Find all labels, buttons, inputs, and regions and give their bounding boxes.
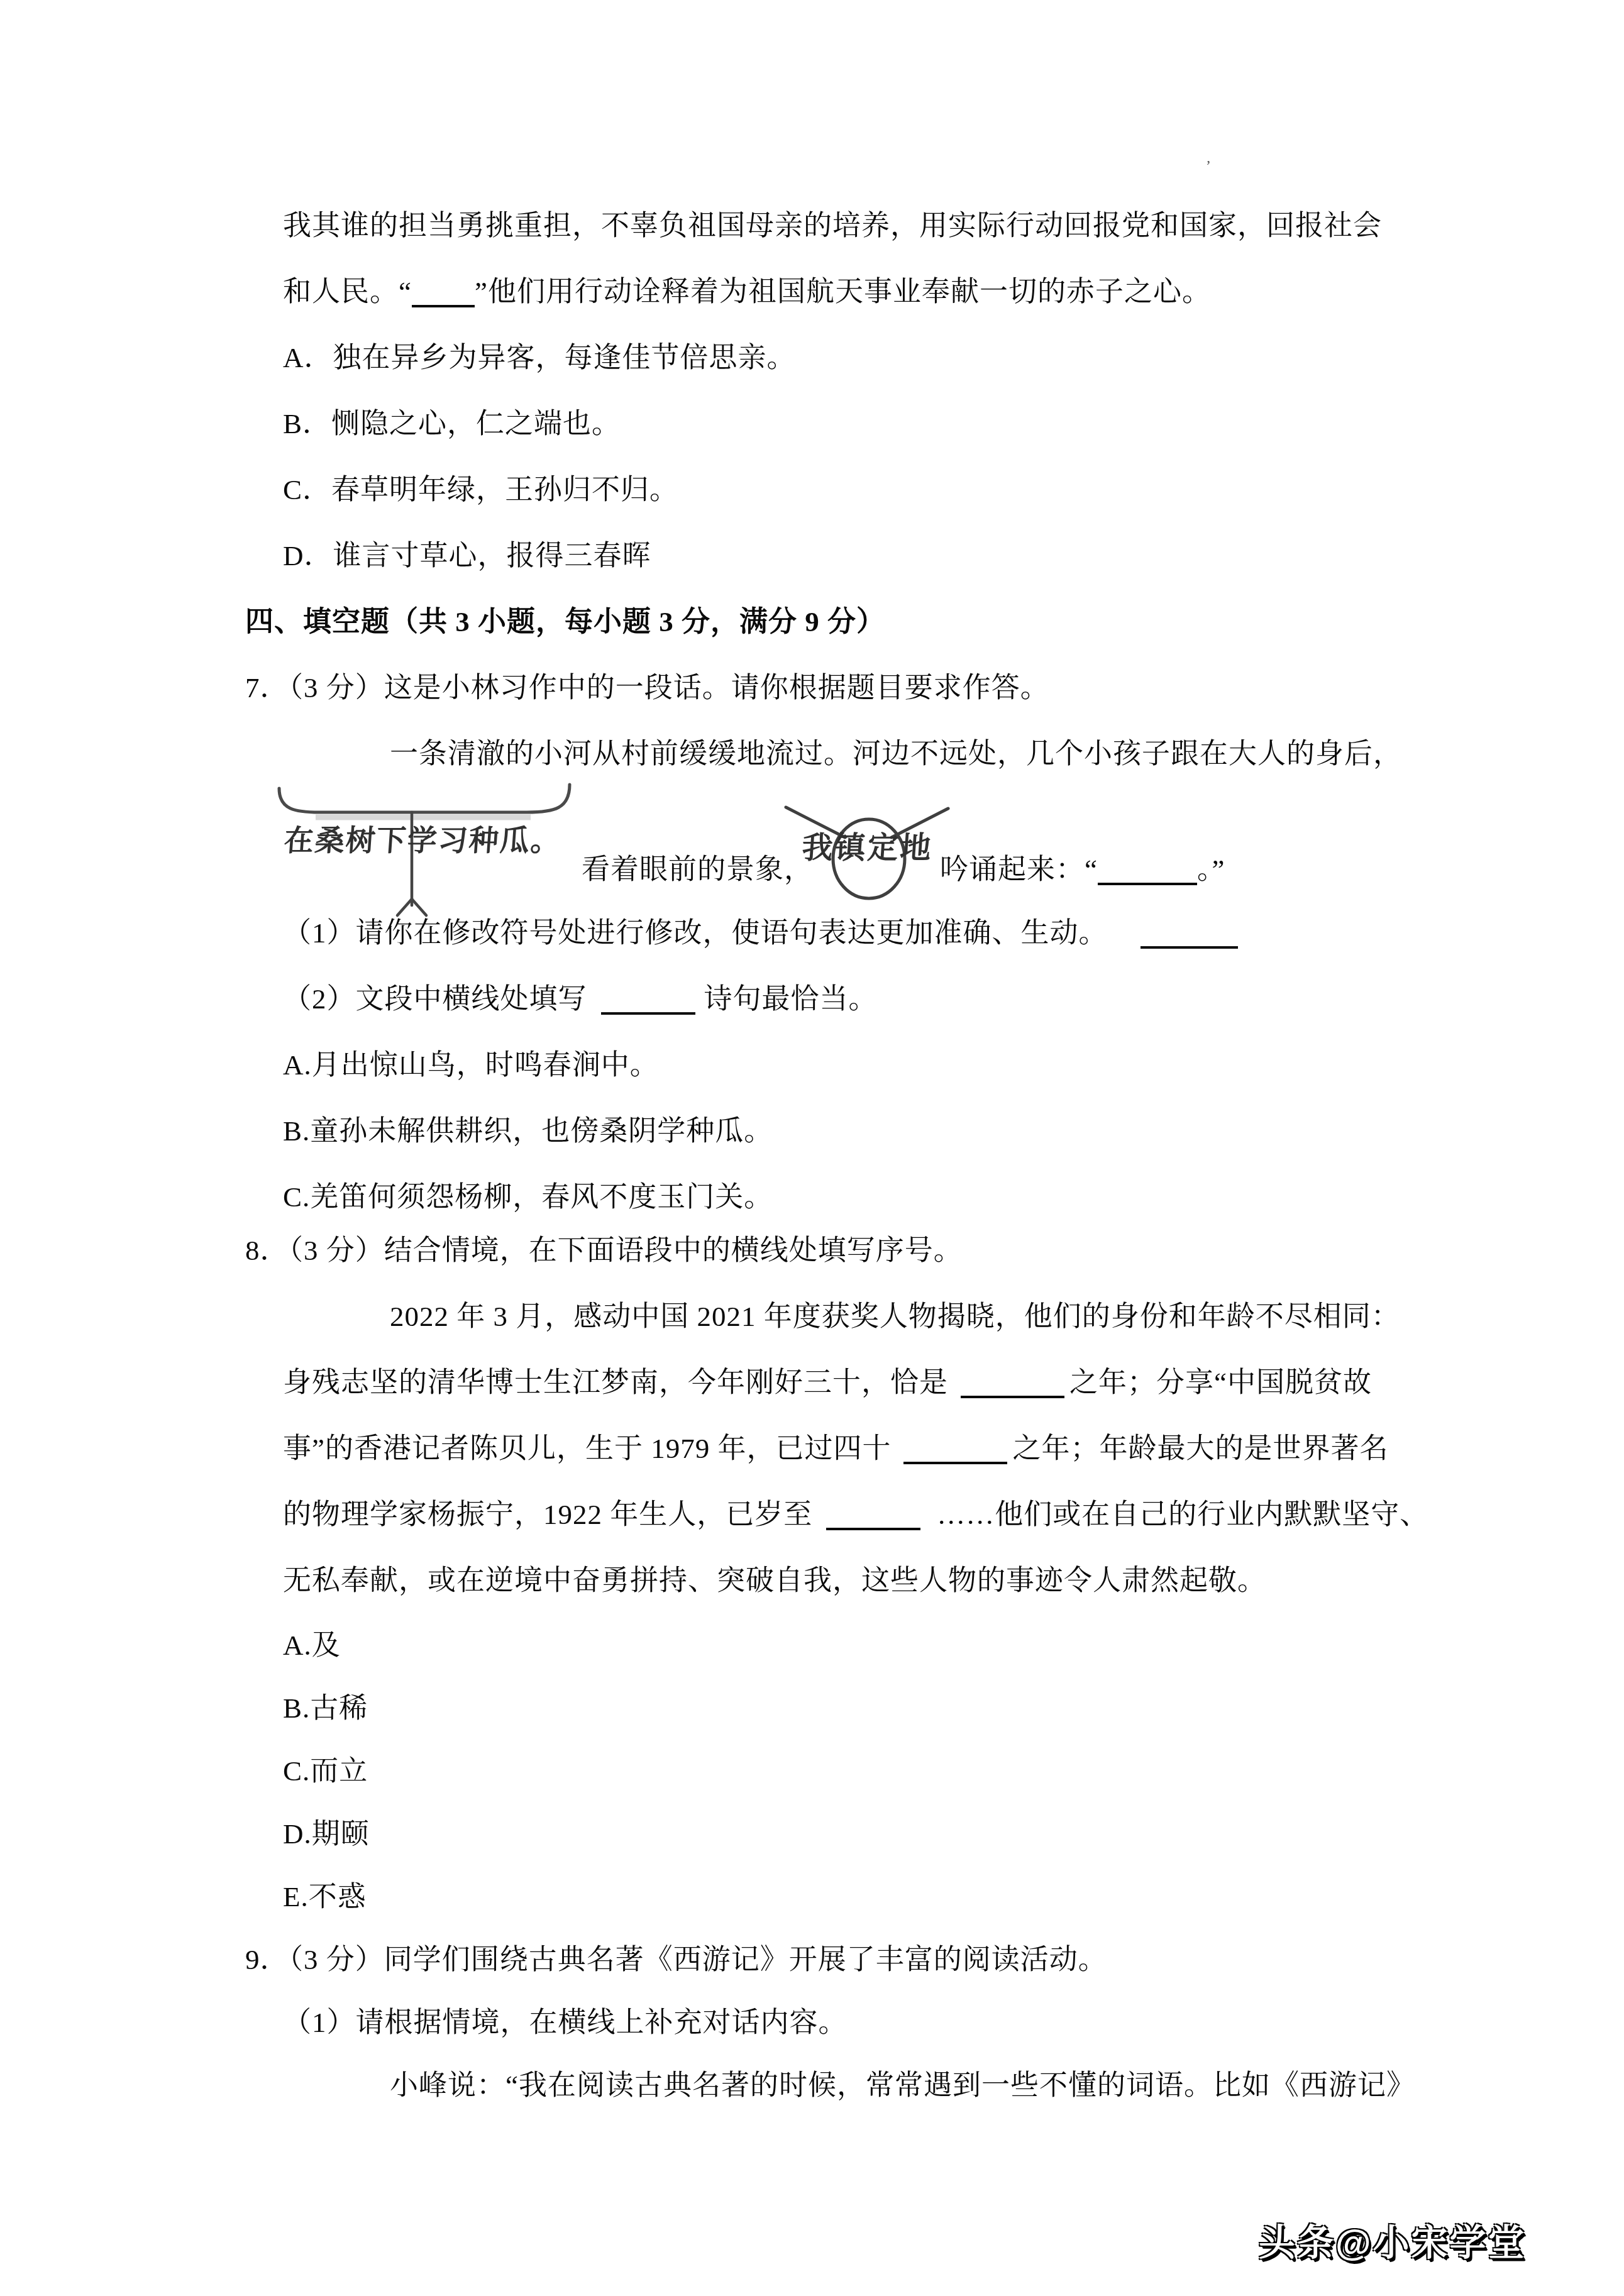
q8-option-a: A.及 bbox=[245, 1614, 1549, 1677]
q6-answer-blank bbox=[412, 279, 475, 307]
q6-option-c: C．春草明年绿，王孙归不归。 bbox=[245, 457, 1549, 523]
q8-answer-blank-1 bbox=[961, 1369, 1064, 1398]
q8-paragraph-line5: 无私奉献，或在逆境中奋勇拼持、突破自我，这些人物的事迹令人肃然起敬。 bbox=[245, 1548, 1549, 1614]
q7-printed-mid2-line: 吟诵起来：“。” bbox=[940, 850, 1225, 889]
q6-option-b: B．恻隐之心，仁之端也。 bbox=[245, 391, 1549, 457]
q8-option-b: B.古稀 bbox=[245, 1677, 1549, 1740]
q8-option-d: D.期颐 bbox=[245, 1802, 1549, 1865]
q6-option-a: A．独在异乡为异客，每逢佳节倍思亲。 bbox=[245, 325, 1549, 391]
q7-printed-mid2-end: 。” bbox=[1197, 854, 1225, 885]
q8-answer-blank-3 bbox=[826, 1501, 920, 1530]
q8-option-e: E.不惑 bbox=[245, 1865, 1549, 1928]
q9-paragraph-line1: 小峰说：“我在阅读古典名著的时候，常常遇到一些不懂的词语。比如《西游记》 bbox=[245, 2054, 1549, 2117]
q7-handwritten-phrase: 在桑树下学习种瓜。 bbox=[283, 817, 563, 859]
q8-paragraph-line1: 2022 年 3 月，感动中国 2021 年度获奖人物揭晓，他们的身份和年龄不尽… bbox=[245, 1284, 1549, 1350]
q7-printed-mid1: 看着眼前的景象， bbox=[582, 850, 813, 889]
section4-heading: 四、填空题（共 3 小题，每小题 3 分，满分 9 分） bbox=[245, 589, 1549, 655]
q8-stem: 8．（3 分）结合情境，在下面语段中的横线处填写序号。 bbox=[245, 1218, 1549, 1284]
q7-printed-mid2: 吟诵起来：“ bbox=[940, 854, 1098, 885]
q8-paragraph-line4: 的物理学家杨振宁，1922 年生人，已岁至……他们或在自己的行业内默默坚守、 bbox=[245, 1482, 1549, 1548]
q7-subquestion-2: （2）文段中横线处填写诗句最恰当。 bbox=[245, 966, 1549, 1032]
q8-answer-blank-2 bbox=[903, 1435, 1007, 1464]
q7-handwritten-deleted-words: 我镇定地 bbox=[801, 824, 935, 868]
q8-paragraph-line2: 身残志坚的清华博士生江梦南，今年刚好三十，恰是之年；分享“中国脱贫故 bbox=[245, 1350, 1549, 1416]
q6-paragraph-line2: 和人民。“”他们用行动诠释着为祖国航天事业奉献一切的赤子之心。 bbox=[245, 259, 1549, 325]
q7-sub2-answer-blank bbox=[601, 986, 695, 1015]
q9-stem: 9．（3 分）同学们围绕古典名著《西游记》开展了丰富的阅读活动。 bbox=[245, 1928, 1549, 1991]
q8-option-c: C.而立 bbox=[245, 1740, 1549, 1802]
q7-quote-answer-blank bbox=[1098, 856, 1197, 885]
q6-paragraph-line1: 我其谁的担当勇挑重担，不辜负祖国母亲的培养，用实际行动回报党和国家，回报社会 bbox=[245, 193, 1549, 259]
q8-line2-pre: 身残志坚的清华博士生江梦南，今年刚好三十，恰是 bbox=[283, 1367, 948, 1398]
q9-subquestion-1: （1）请根据情境，在横线上补充对话内容。 bbox=[245, 1991, 1549, 2054]
q7-sub2-pre: （2）文段中横线处填写 bbox=[283, 983, 587, 1015]
toutiao-watermark: 头条@小宋学堂 bbox=[1259, 2213, 1527, 2266]
q7-option-a: A.月出惊山鸟，时鸣春涧中。 bbox=[245, 1032, 1549, 1098]
q8-line3-pre: 事”的香港记者陈贝儿，生于 1979 年，已过四十 bbox=[283, 1433, 891, 1464]
q7-option-b: B.童孙未解供耕织，也傍桑阴学种瓜。 bbox=[245, 1098, 1549, 1164]
q6-option-d: D．谁言寸草心，报得三春晖 bbox=[245, 523, 1549, 589]
q6-line2-pre: 和人民。“ bbox=[283, 276, 412, 307]
q6-line2-post: ”他们用行动诠释着为祖国航天事业奉献一切的赤子之心。 bbox=[475, 276, 1211, 307]
q8-line2-post: 之年；分享“中国脱贫故 bbox=[1069, 1367, 1372, 1398]
exam-paper-page: ’ 我其谁的担当勇挑重担，不辜负祖国母亲的培养，用实际行动回报党和国家，回报社会… bbox=[0, 0, 1624, 2296]
q8-line4-pre: 的物理学家杨振宁，1922 年生人，已岁至 bbox=[283, 1499, 812, 1530]
q8-line3-post: 之年；年龄最大的是世界著名 bbox=[1012, 1433, 1388, 1464]
q7-stem: 7．（3 分）这是小林习作中的一段话。请你根据题目要求作答。 bbox=[245, 655, 1549, 721]
q8-paragraph-line3: 事”的香港记者陈贝儿，生于 1979 年，已过四十之年；年龄最大的是世界著名 bbox=[245, 1416, 1549, 1482]
q7-edit-exercise-figure: 在桑树下学习种瓜。 看着眼前的景象， 我镇定地 吟诵起来：“。” bbox=[245, 787, 1549, 900]
q7-sub2-post: 诗句最恰当。 bbox=[704, 983, 878, 1015]
q7-sub1-answer-blank bbox=[1141, 920, 1238, 949]
page-content: 我其谁的担当勇挑重担，不辜负祖国母亲的培养，用实际行动回报党和国家，回报社会 和… bbox=[245, 0, 1549, 2117]
q8-line4-post: ……他们或在自己的行业内默默坚守、 bbox=[937, 1499, 1428, 1530]
